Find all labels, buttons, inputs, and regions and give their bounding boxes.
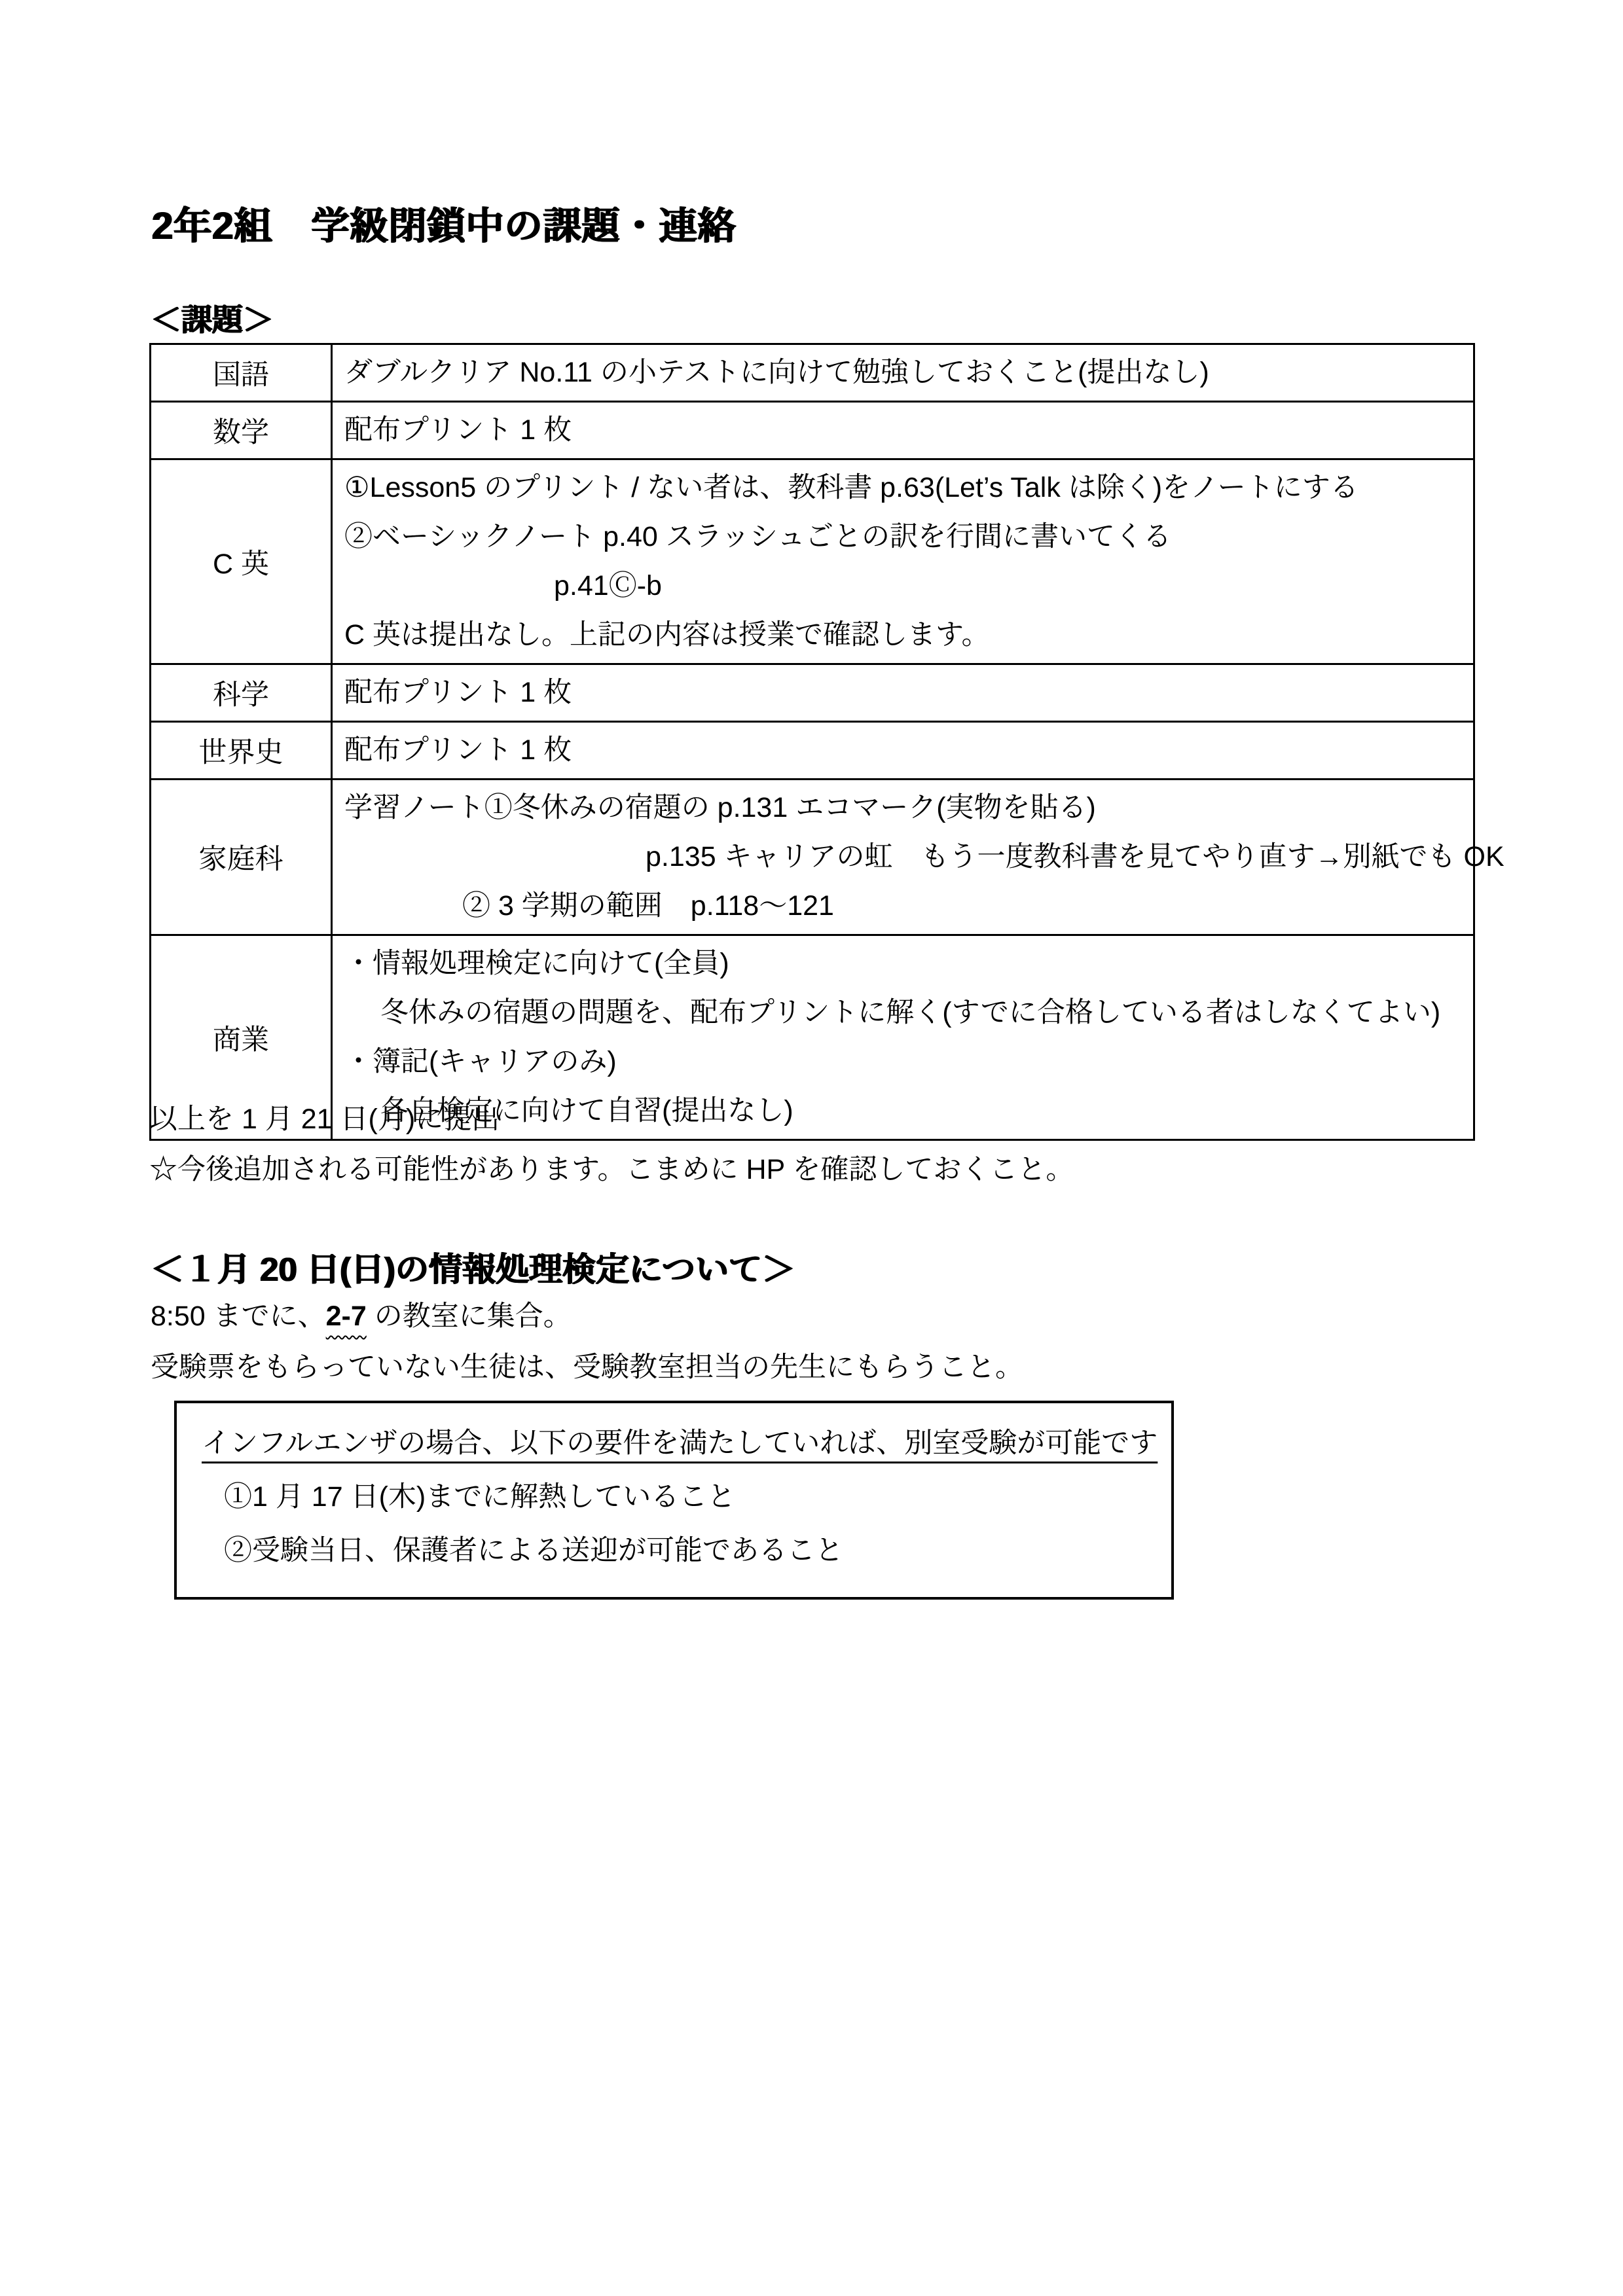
after-table-notes: 以上を 1 月 21 日(月)に提出 ☆今後追加される可能性があります。こまめに…: [149, 1094, 1074, 1195]
influenza-condition-item: ②受験当日、保護者による送迎が可能であること: [202, 1524, 1153, 1577]
subject-cell: 家庭科: [151, 780, 332, 935]
assignment-cell: ①Lesson5 のプリント / ない者は、教科書 p.63(Let’s Tal…: [332, 459, 1474, 664]
exam-info-lines: 8:50 までに、2-7 の教室に集合。 受験票をもらっていない生徒は、受験教室…: [151, 1291, 1023, 1393]
table-row-kagaku: 科学 配布プリント 1 枚: [151, 664, 1474, 722]
subject-cell: 科学: [151, 664, 332, 722]
assignment-cell: 配布プリント 1 枚: [332, 664, 1474, 722]
assignment-line: 配布プリント 1 枚: [344, 668, 1465, 717]
assignment-line: 配布プリント 1 枚: [344, 406, 1465, 455]
meeting-instruction-line: 8:50 までに、2-7 の教室に集合。: [151, 1291, 1023, 1342]
hp-check-note: ☆今後追加される可能性があります。こまめに HP を確認しておくこと。: [149, 1145, 1074, 1195]
table-row-suugaku: 数学 配布プリント 1 枚: [151, 402, 1474, 459]
assignment-line: p.41Ⓒ-b: [344, 562, 1465, 611]
meeting-time-text: 8:50 までに、: [151, 1300, 326, 1332]
subject-cell: 数学: [151, 402, 332, 459]
subject-cell: 国語: [151, 344, 332, 402]
exam-ticket-line: 受験票をもらっていない生徒は、受験教室担当の先生にもらうこと。: [151, 1342, 1023, 1393]
document-page: 2年2組 学級閉鎖中の課題・連絡 ＜課題＞ 国語 ダブルクリア No.11 の小…: [0, 0, 1623, 2296]
influenza-condition-heading: インフルエンザの場合、以下の要件を満たしていれば、別室受験が可能です: [202, 1416, 1153, 1470]
subject-cell: 世界史: [151, 722, 332, 780]
subject-cell: C 英: [151, 459, 332, 664]
assignment-line: C 英は提出なし。上記の内容は授業で確認します。: [344, 611, 1465, 660]
table-row-kateika: 家庭科 学習ノート①冬休みの宿題の p.131 エコマーク(実物を貼る) p.1…: [151, 780, 1474, 935]
assignments-heading: ＜課題＞: [151, 296, 274, 340]
document-title: 2年2組 学級閉鎖中の課題・連絡: [152, 195, 737, 250]
table-row-sekaishi: 世界史 配布プリント 1 枚: [151, 722, 1474, 780]
meeting-room-number: 2-7: [326, 1300, 367, 1332]
assignment-line: ・簿記(キャリアのみ): [344, 1037, 1465, 1086]
submit-deadline-note: 以上を 1 月 21 日(月)に提出: [149, 1094, 1074, 1145]
assignment-cell: 配布プリント 1 枚: [332, 402, 1474, 459]
assignment-line: ①Lesson5 のプリント / ない者は、教科書 p.63(Let’s Tal…: [344, 463, 1465, 512]
table-row-kokugo: 国語 ダブルクリア No.11 の小テストに向けて勉強しておくこと(提出なし): [151, 344, 1474, 402]
assignment-line: 配布プリント 1 枚: [344, 726, 1465, 775]
assignment-line: ・情報処理検定に向けて(全員): [344, 939, 1465, 988]
assignments-table: 国語 ダブルクリア No.11 の小テストに向けて勉強しておくこと(提出なし) …: [149, 343, 1475, 1141]
table-row-c-eigo: C 英 ①Lesson5 のプリント / ない者は、教科書 p.63(Let’s…: [151, 459, 1474, 664]
meeting-place-text: の教室に集合。: [367, 1300, 572, 1332]
assignment-line: ②ベーシックノート p.40 スラッシュごとの訳を行間に書いてくる: [344, 512, 1465, 562]
influenza-condition-item: ①1 月 17 日(木)までに解熱していること: [202, 1470, 1153, 1524]
exam-section-heading: ＜１月 20 日(日)の情報処理検定について＞: [151, 1242, 795, 1291]
assignment-line: ダブルクリア No.11 の小テストに向けて勉強しておくこと(提出なし): [344, 348, 1465, 397]
assignment-line: 冬休みの宿題の問題を、配布プリントに解く(すでに合格している者はしなくてよい): [344, 988, 1465, 1037]
influenza-notice-box: インフルエンザの場合、以下の要件を満たしていれば、別室受験が可能です ①1 月 …: [174, 1401, 1174, 1600]
assignment-line: ② 3 学期の範囲 p.118～121: [344, 882, 1465, 931]
assignment-line: p.135 キャリアの虹 もう一度教科書を見てやり直す→別紙でも OK: [344, 833, 1465, 882]
assignment-cell: ダブルクリア No.11 の小テストに向けて勉強しておくこと(提出なし): [332, 344, 1474, 402]
assignment-cell: 学習ノート①冬休みの宿題の p.131 エコマーク(実物を貼る) p.135 キ…: [332, 780, 1474, 935]
assignment-cell: 配布プリント 1 枚: [332, 722, 1474, 780]
assignment-line: 学習ノート①冬休みの宿題の p.131 エコマーク(実物を貼る): [344, 783, 1465, 833]
